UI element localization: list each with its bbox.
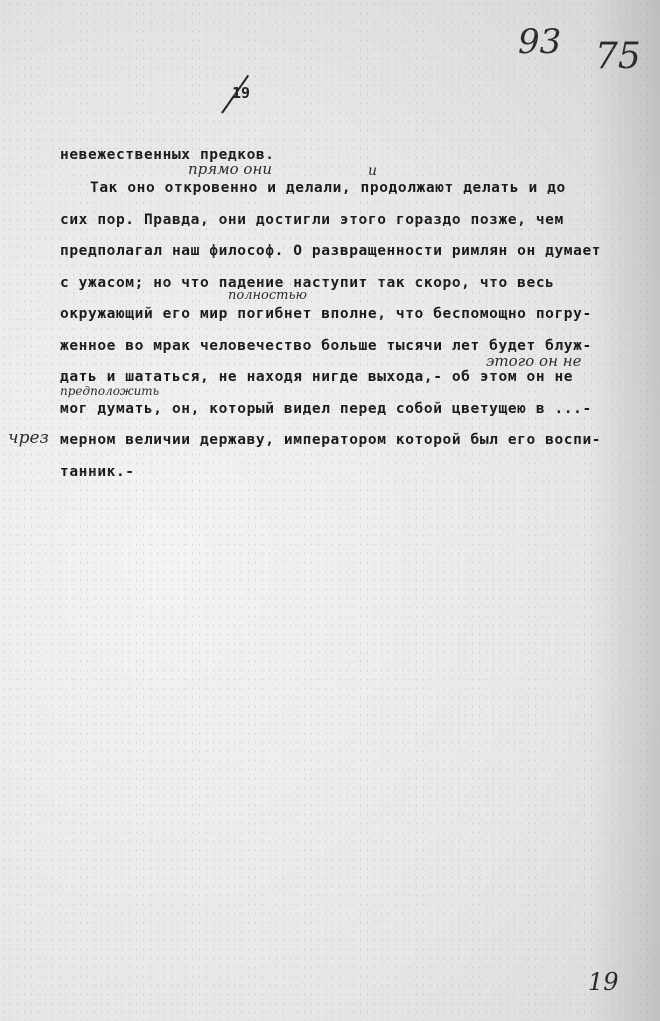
insertion-i: и xyxy=(368,163,377,179)
handwritten-page-number: 19 xyxy=(588,968,619,996)
text-line-11: танник.- xyxy=(60,463,135,481)
insertion-chrez: чрез xyxy=(8,428,49,448)
archive-number-1: 93 xyxy=(518,22,561,62)
text-line-5: с ужасом; но что падение наступит так ск… xyxy=(60,274,554,292)
text-line-4: предполагал наш философ. О развращенност… xyxy=(60,242,601,260)
document-page: 19 93 75 невежественных предков. прямо о… xyxy=(0,0,660,1021)
text-line-6: окружающий его мир погибнет вполне, что … xyxy=(60,305,592,323)
text-line-10: мерном величии державу, императором кото… xyxy=(60,431,601,449)
page-shadow xyxy=(590,0,660,1021)
text-line-3: сих пор. Правда, они достигли этого гора… xyxy=(60,211,564,229)
insertion-predpolozhit: предположить xyxy=(60,384,159,398)
insertion-pryamo-oni: прямо они xyxy=(188,160,272,178)
typed-page-number: 19 xyxy=(232,84,250,102)
insertion-polnostyu: полностью xyxy=(228,288,307,303)
text-line-9: мог думать, он, который видел перед собо… xyxy=(60,400,592,418)
text-line-2: Так оно откровенно и делали, продолжают … xyxy=(90,179,566,197)
archive-number-2: 75 xyxy=(595,36,641,77)
